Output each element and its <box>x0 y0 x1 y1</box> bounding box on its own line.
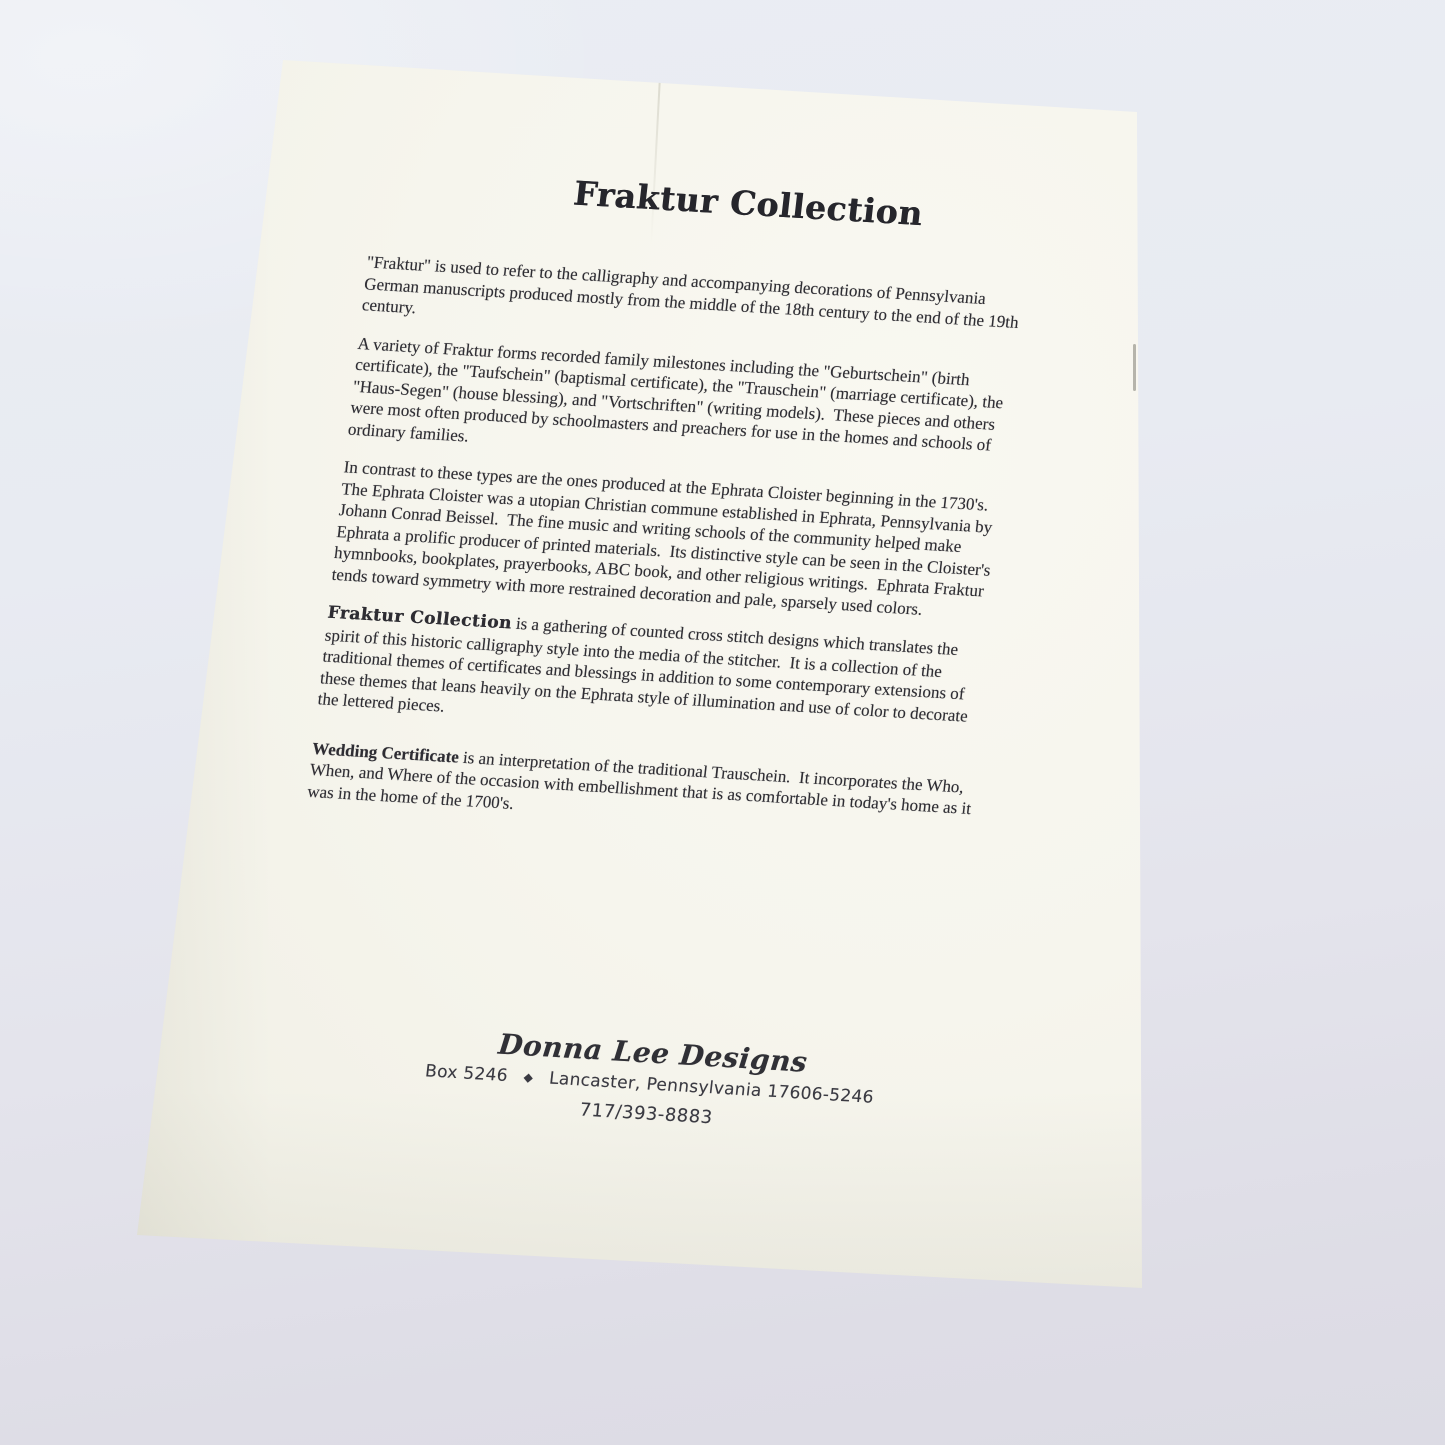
paper-edge-notch <box>1133 344 1136 391</box>
paragraph-fraktur-forms: A variety of Fraktur forms recorded fami… <box>347 332 1028 479</box>
photo-backdrop: Fraktur Collection "Fraktur" is used to … <box>0 0 1445 1445</box>
page-title: Fraktur Collection <box>412 164 1085 244</box>
document-content: Fraktur Collection "Fraktur" is used to … <box>167 60 1058 1144</box>
paragraph-wedding-certificate: Wedding Certificate is an interpretation… <box>306 738 982 842</box>
collection-rest-text: is a gathering of counted cross stitch d… <box>317 614 973 726</box>
paragraph-ephrata-cloister: In contrast to these types are the ones … <box>331 456 1014 624</box>
diamond-icon: ◆ <box>522 1065 534 1090</box>
po-box-text: Box 5246 <box>424 1061 509 1086</box>
paragraph-collection-description: Fraktur Collection is a gathering of cou… <box>317 602 998 750</box>
